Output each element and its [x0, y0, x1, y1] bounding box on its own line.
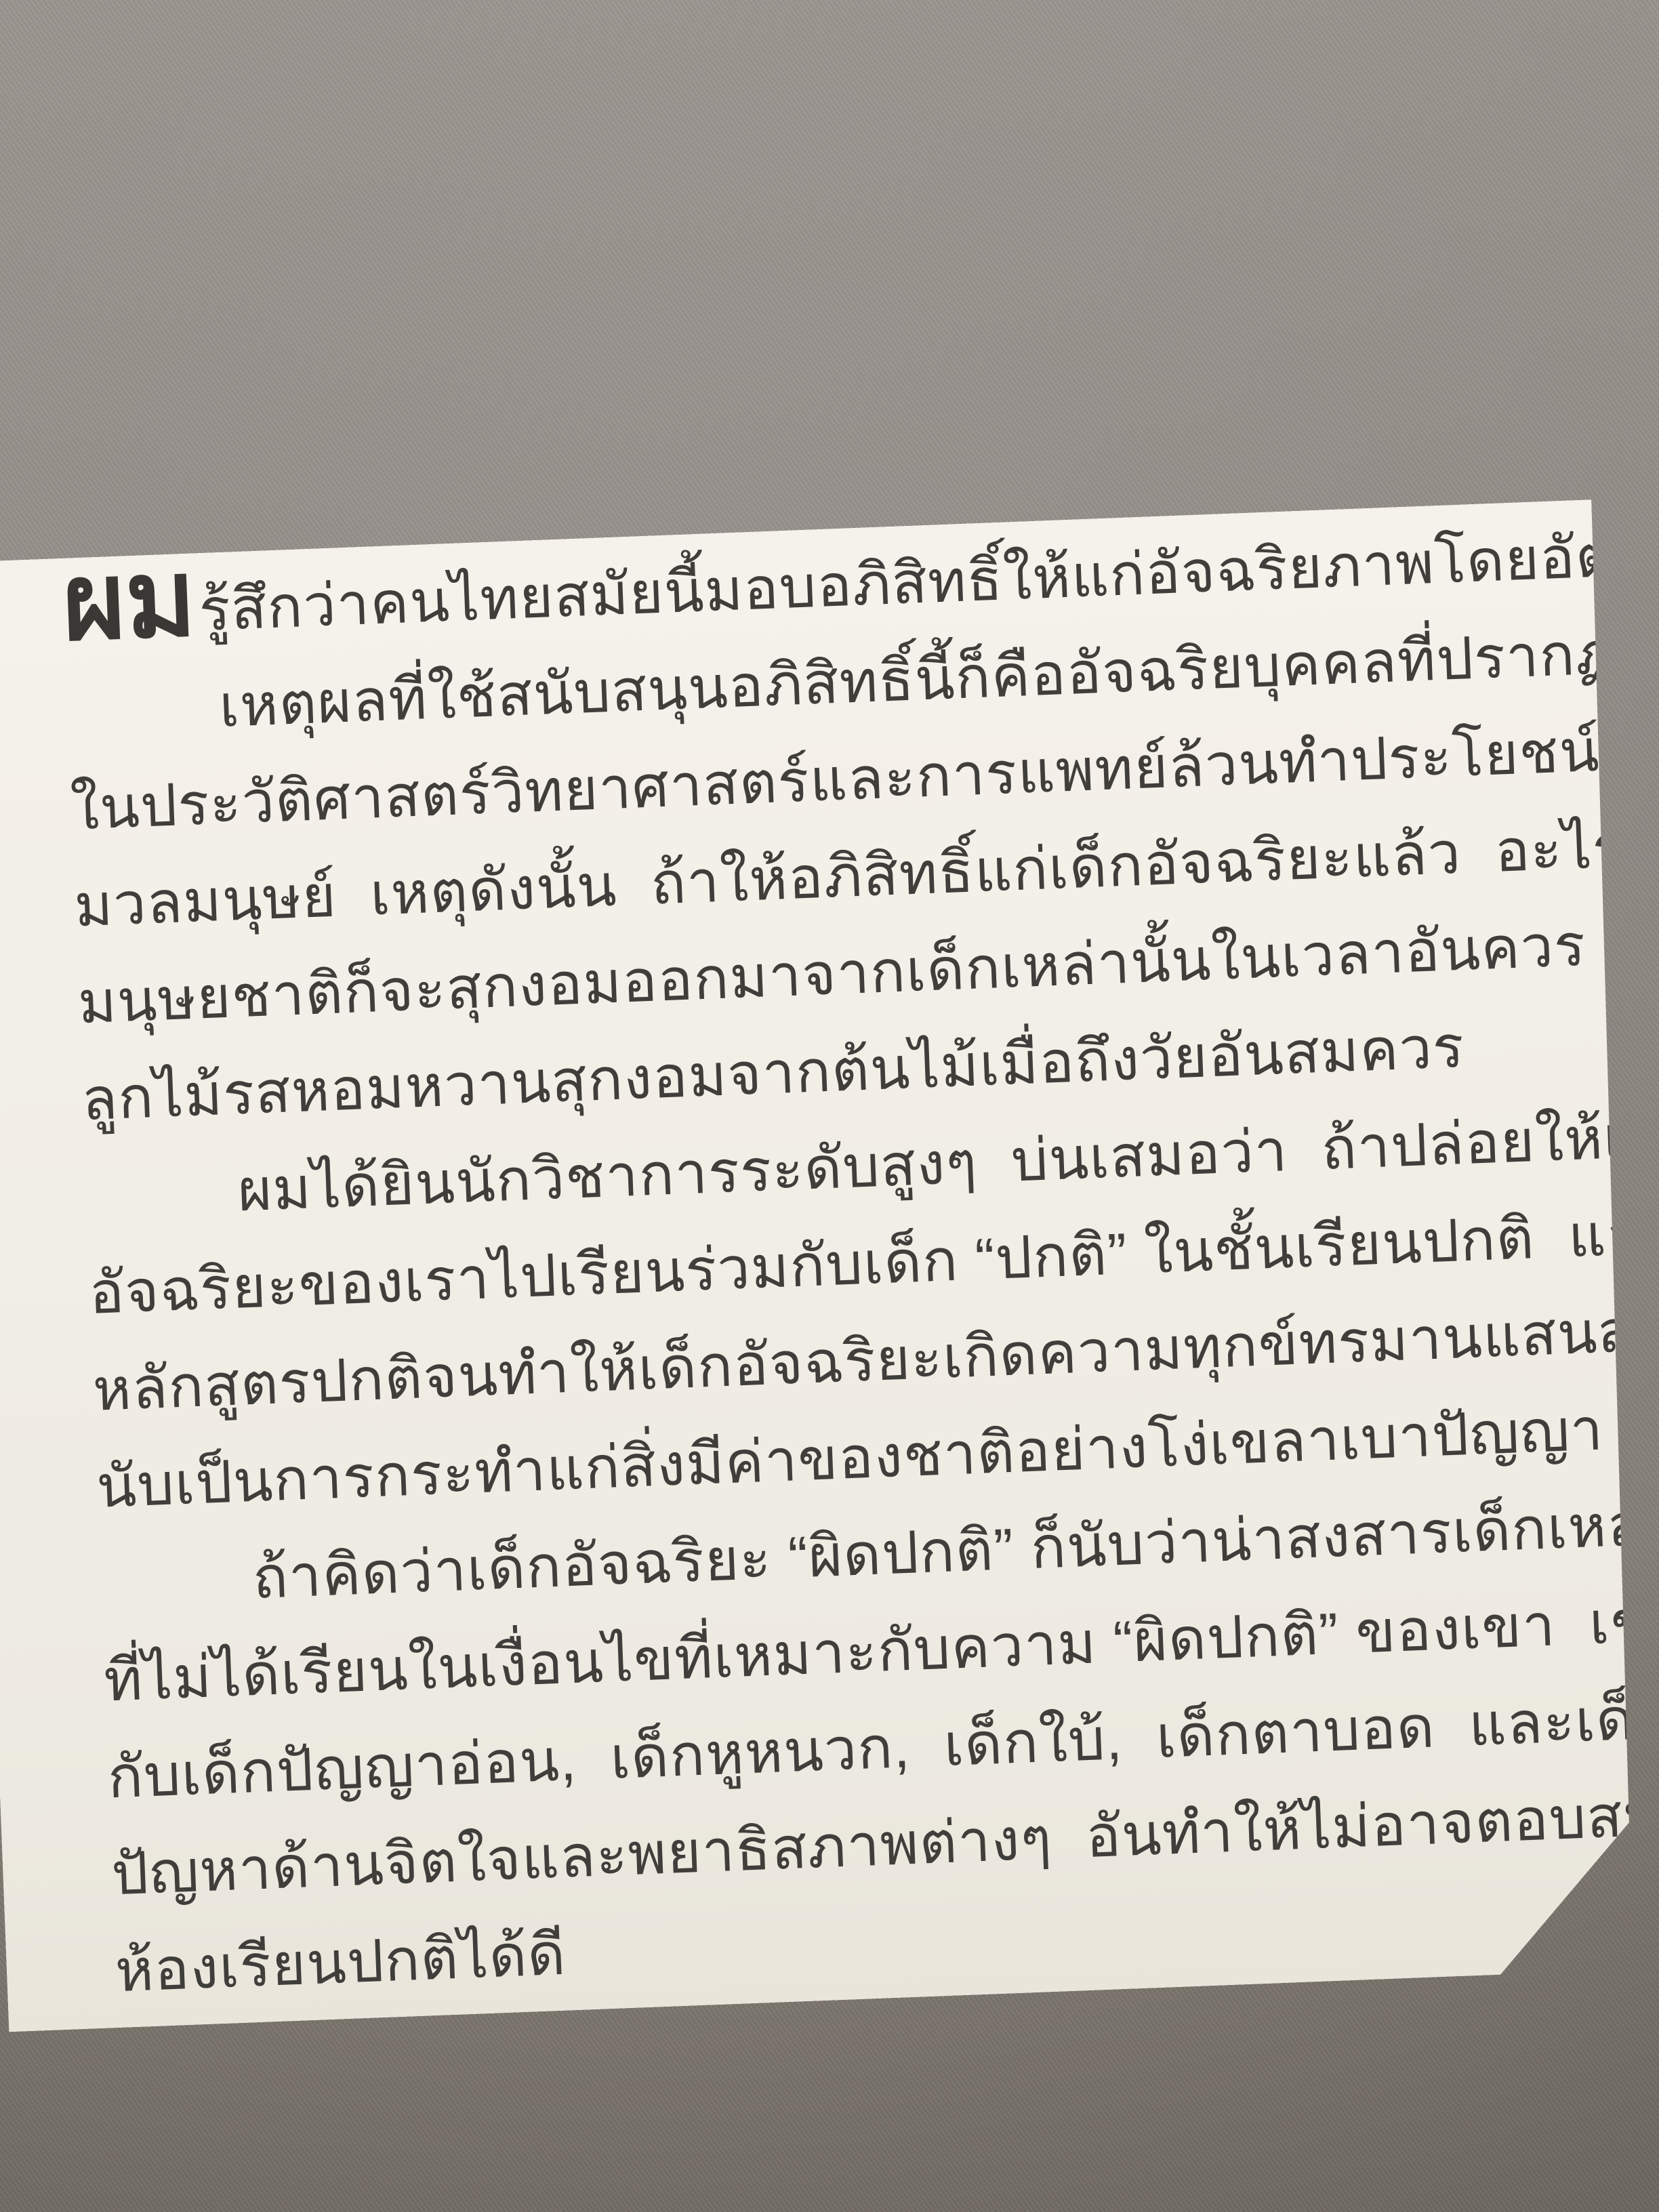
body-text: ผม รู้สึกว่าคนไทยสมัยนี้มอบอภิสิทธิ์ให้แ…: [61, 510, 1607, 2020]
photo-background: ผม รู้สึกว่าคนไทยสมัยนี้มอบอภิสิทธิ์ให้แ…: [0, 0, 1659, 2212]
lead-word: ผม: [62, 598, 196, 603]
book-page: ผม รู้สึกว่าคนไทยสมัยนี้มอบอภิสิทธิ์ให้แ…: [0, 499, 1648, 2032]
